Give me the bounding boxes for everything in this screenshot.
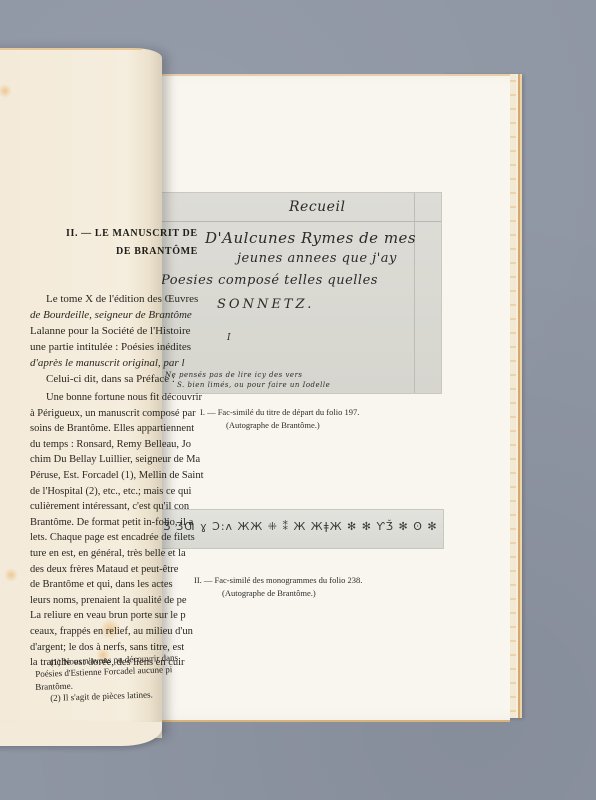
text-line: des deux frères Mataud et peut-être: [30, 562, 204, 578]
foxing-spot: [0, 84, 12, 98]
plate-2-caption: II. — Fac-similé des monogrammes du foli…: [194, 574, 362, 587]
text-line: Brantôme. De format petit in-folio, il a: [30, 515, 204, 531]
plate-1-attribution: (Autographe de Brantôme.): [226, 419, 320, 432]
text-line: une partie intitulée : Poésies inédites: [30, 339, 198, 355]
text-line: de l'Hospital (2), etc., etc.; mais ce q…: [30, 484, 204, 500]
manuscript-verse-line: S. bien limés, ou pour faire un Iodelle: [177, 381, 330, 389]
facsimile-plate-folio-197: Recueil D'Aulcunes Rymes de mes jeunes a…: [160, 192, 442, 394]
text-line: Une bonne fortune nous fit découvrir: [46, 390, 204, 406]
foxing-spot: [4, 568, 18, 582]
text-line: Le tome X de l'édition des Œuvres: [46, 291, 198, 307]
text-line: soins de Brantôme. Elles appartiennent: [30, 421, 204, 437]
footnote-2: (2) Il s'agit de pièces latines.: [50, 688, 153, 704]
text-line: à Périgueux, un manuscrit composé par: [30, 406, 204, 422]
text-line: ceaux, frappés en relief, au milieu d'un: [30, 624, 204, 640]
manuscript-line: D'Aulcunes Rymes de mes: [205, 229, 416, 247]
manuscript-title-recueil: Recueil: [289, 199, 345, 215]
text-line: Péruse, Est. Forcadel (1), Mellin de Sai…: [30, 468, 204, 484]
manuscript-margin-line: [414, 193, 415, 393]
paragraph-2: Une bonne fortune nous fit découvrir à P…: [46, 390, 204, 671]
manuscript-numeral: I: [227, 333, 231, 343]
chapter-heading: II. — LE MANUSCRIT DE: [66, 228, 198, 239]
left-page: II. — LE MANUSCRIT DE DE BRANTÔME Le tom…: [0, 48, 162, 738]
text-line: du temps : Ronsard, Remy Belleau, Jo: [30, 437, 204, 453]
manuscript-line-sonnetz: SONNETZ.: [217, 297, 314, 312]
manuscript-ruling-line: [161, 221, 441, 222]
text-line: leurs noms, prenaient la qualité de pe: [30, 593, 204, 609]
text-line: La reliure en veau brun porte sur le p: [30, 608, 204, 624]
plate-2-attribution: (Autographe de Brantôme.): [222, 587, 316, 600]
text-line: de Bourdeille, seigneur de Brantôme: [30, 307, 198, 323]
text-line: d'après le manuscrit original, par l: [30, 355, 198, 371]
text-line: de Brantôme et qui, dans les actes: [30, 577, 204, 593]
foxed-top-edge: [0, 48, 142, 50]
chapter-heading-line-2: DE BRANTÔME: [116, 246, 198, 257]
manuscript-line: Poesies composé telles quelles: [161, 273, 378, 288]
text-line: chim Du Bellay Luillier, seigneur de Ma: [30, 452, 204, 468]
text-line: culièrement intéressant, c'est qu'il con: [30, 499, 204, 515]
plate-1-caption: I. — Fac-similé du titre de départ du fo…: [200, 406, 359, 419]
paragraph-1: Le tome X de l'édition des Œuvres de Bou…: [46, 291, 198, 387]
manuscript-line: jeunes annees que j'ay: [237, 251, 397, 266]
text-line: Celui-ci dit, dans sa Préface :: [46, 371, 198, 387]
right-page: Recueil D'Aulcunes Rymes de mes jeunes a…: [150, 74, 510, 722]
text-line: ture en est, en général, très belle et l…: [30, 546, 204, 562]
text-line: lets. Chaque page est encadrée de filets: [30, 530, 204, 546]
text-line: Lalanne pour la Société de l'Histoire: [30, 323, 198, 339]
book-photo-scene: Recueil D'Aulcunes Rymes de mes jeunes a…: [0, 0, 596, 800]
